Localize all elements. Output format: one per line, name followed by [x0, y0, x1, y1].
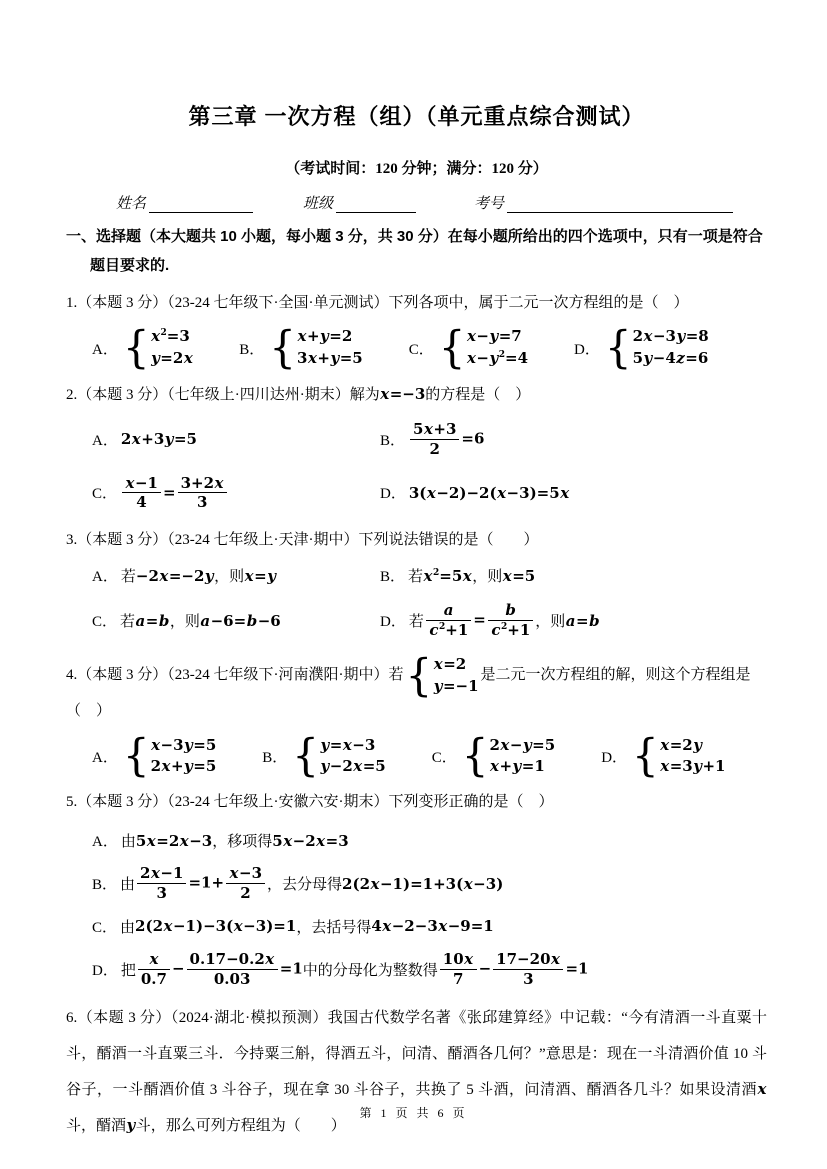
fraction: bc2+1 [488, 601, 533, 640]
question-2: 2.（本题 3 分）（七年级上·四川达州·期末）解为x=−3的方程是（ ）A．2… [66, 380, 767, 512]
system-lines: 2x−y=5x+y=1 [489, 735, 555, 779]
text-run: 1.（本题 3 分）（23-24 七年级下·全国·单元测试）下列各项中，属于二元… [66, 295, 689, 311]
option-label: A． [92, 429, 118, 450]
text-run: 2.（本题 3 分）（七年级上·四川达州·期末）解为 [66, 387, 380, 403]
text-run: ，则 [535, 610, 565, 631]
text-run: 若 [120, 610, 135, 631]
option-C: C．{2x−y=5x+y=1 [432, 735, 557, 779]
option-B: B．若x2=5x，则x=5 [380, 565, 600, 586]
math-expression: 2x−3y=8 [633, 326, 709, 348]
math-expression: 2(2x−1)=1+3(x−3) [342, 875, 503, 893]
question-4: 4.（本题 3 分）（23-24 七年级下·河南濮阳·期中）若{x=2y=−1是… [66, 654, 767, 778]
option-label: D． [380, 610, 406, 631]
brace-icon: { [605, 327, 632, 369]
option-label: D． [380, 482, 406, 503]
math-expression: a=b [135, 612, 170, 630]
fraction: 5x+32 [410, 420, 459, 459]
question-options: A．{x2=3y=2xB．{x+y=23x+y=5C．{x−y=7x−y2=4D… [66, 326, 767, 370]
math-expression: x [757, 1080, 767, 1098]
option-label: B． [262, 746, 287, 767]
equation-system: {x−y=7x−y2=4 [439, 326, 528, 370]
question-1: 1.（本题 3 分）（23-24 七年级下·全国·单元测试）下列各项中，属于二元… [66, 289, 767, 370]
option-label: B． [380, 429, 405, 450]
section-heading-line2: 题目要求的. [66, 252, 767, 281]
option-label: C． [92, 916, 117, 937]
system-lines: x−y=7x−y2=4 [466, 326, 528, 370]
option-label: D． [92, 959, 118, 980]
text-run: 6.（本题 3 分）（2024·湖北·模拟预测）我国古代数学名著《张邱建算经》中… [66, 1010, 767, 1098]
text-run: 若 [408, 565, 423, 586]
text-run: 若 [409, 610, 424, 631]
equation-system: {x=2yx=3y+1 [632, 735, 725, 779]
option-B: B．5x+32=6 [380, 420, 570, 459]
math-expression: x−14=3+2x3 [120, 474, 229, 513]
option-D: D．{x=2yx=3y+1 [601, 735, 727, 779]
math-expression: ac2+1=bc2+1 [424, 601, 535, 640]
brace-icon: { [269, 327, 296, 369]
math-expression: 3x+y=5 [297, 348, 363, 370]
math-expression: x−y2=4 [466, 348, 528, 370]
text-run: 把 [121, 959, 136, 980]
math-expression: x=y [244, 567, 276, 585]
math-expression: 2x−y=5 [489, 735, 555, 757]
equation-system: {x+y=23x+y=5 [269, 326, 362, 370]
math-expression: a−6=b−6 [200, 612, 281, 630]
question-stem: 3.（本题 3 分）（23-24 七年级上·天津·期中）下列说法错误的是（ ） [66, 526, 767, 555]
fraction: 17−20x3 [493, 950, 563, 989]
question-3: 3.（本题 3 分）（23-24 七年级上·天津·期中）下列说法错误的是（ ）A… [66, 526, 767, 640]
text-run: 由 [120, 916, 135, 937]
math-expression: x+y=1 [489, 756, 544, 778]
option-C: C．x−14=3+2x3 [92, 474, 380, 513]
math-expression: 5x−2x=3 [272, 832, 348, 850]
question-5: 5.（本题 3 分）（23-24 七年级上·安徽六安·期末）下列变形正确的是（ … [66, 788, 767, 988]
math-expression: 5y−4z=6 [633, 348, 709, 370]
math-expression: x+y=2 [297, 326, 352, 348]
name-label: 姓名 [116, 192, 146, 213]
option-C: C．{x−y=7x−y2=4 [409, 326, 530, 370]
option-D: D．{2x−3y=85y−4z=6 [574, 326, 711, 370]
system-lines: x=2yx=3y+1 [660, 735, 726, 779]
question-options: A．{x−3y=52x+y=5B．{y=x−3y−2x=5C．{2x−y=5x+… [66, 735, 767, 779]
option-C: C．由2(2x−1)−3(x−3)=1，去括号得4x−2−3x−9=1 [92, 916, 767, 937]
text-run: ，移项得 [212, 830, 272, 851]
option-A: A．由5x=2x−3，移项得5x−2x=3 [92, 830, 767, 851]
option-label: A． [92, 338, 118, 359]
text-run: 4.（本题 3 分）（23-24 七年级下·河南濮阳·期中）若 [66, 667, 404, 683]
text-run: ，去括号得 [296, 916, 371, 937]
question-stem: 2.（本题 3 分）（七年级上·四川达州·期末）解为x=−3的方程是（ ） [66, 380, 767, 410]
math-expression: y=−1 [433, 676, 478, 698]
text-run: ，则 [472, 565, 502, 586]
system-lines: 2x−3y=85y−4z=6 [633, 326, 709, 370]
text-run: ，则 [214, 565, 244, 586]
student-fields: 姓名 班级 考号 [66, 192, 767, 213]
question-6: 6.（本题 3 分）（2024·湖北·模拟预测）我国古代数学名著《张邱建算经》中… [66, 1001, 767, 1144]
exam-info: （考试时间：120 分钟；满分：120 分） [66, 157, 767, 178]
fraction: x−14 [122, 474, 161, 513]
option-B: B．{x+y=23x+y=5 [239, 326, 364, 370]
system-lines: x=2y=−1 [433, 654, 478, 698]
text-run: ，去分母得 [267, 873, 342, 894]
math-expression: 5x=2x−3 [136, 832, 212, 850]
math-expression: x=2 [433, 654, 466, 676]
brace-icon: { [462, 735, 489, 777]
math-expression: x−y=7 [466, 326, 521, 348]
question-options: A．2x+3y=5B．5x+32=6C．x−14=3+2x3D．3(x−2)−2… [66, 420, 767, 512]
math-expression: 4x−2−3x−9=1 [371, 917, 493, 935]
math-expression: x2=3 [151, 326, 190, 348]
math-expression: x=−3 [380, 385, 426, 403]
equation-system: {x−3y=52x+y=5 [123, 735, 216, 779]
text-run: 若 [121, 565, 136, 586]
fraction: x0.7 [138, 950, 170, 989]
option-D: D．若ac2+1=bc2+1，则a=b [380, 601, 600, 640]
option-A: A．2x+3y=5 [92, 429, 380, 450]
equation-system: {x2=3y=2x [123, 326, 193, 370]
option-label: A． [92, 830, 118, 851]
brace-icon: { [292, 735, 319, 777]
math-expression: x=2y [660, 735, 703, 757]
question-stem: 4.（本题 3 分）（23-24 七年级下·河南濮阳·期中）若{x=2y=−1是… [66, 654, 767, 727]
option-label: B． [239, 338, 264, 359]
equation-system: {x=2y=−1 [406, 654, 479, 698]
option-label: A． [92, 746, 118, 767]
text-run: 由 [121, 830, 136, 851]
brace-icon: { [123, 327, 150, 369]
option-label: B． [380, 565, 405, 586]
name-input-line[interactable] [149, 196, 253, 213]
math-expression: x=5 [502, 567, 535, 585]
math-expression: 2x+y=5 [151, 756, 217, 778]
page-title: 第三章 一次方程（组）（单元重点综合测试） [66, 100, 767, 131]
id-input-line[interactable] [507, 196, 733, 213]
math-expression: a=b [565, 612, 600, 630]
option-label: B． [92, 873, 117, 894]
math-expression: y=2x [151, 348, 194, 370]
question-stem: 5.（本题 3 分）（23-24 七年级上·安徽六安·期末）下列变形正确的是（ … [66, 788, 767, 817]
math-expression: 10x7−17−20x3=1 [438, 950, 589, 989]
option-B: B．{y=x−3y−2x=5 [262, 735, 387, 779]
option-A: A．{x2=3y=2x [92, 326, 195, 370]
section-heading-line1: 一、选择题（本大题共 10 小题，每小题 3 分，共 30 分）在每小题所给出的… [66, 228, 763, 245]
option-label: C． [409, 338, 434, 359]
brace-icon: { [439, 327, 466, 369]
math-expression: x=3y+1 [660, 756, 726, 778]
math-expression: x2=5x [423, 567, 472, 585]
option-label: D． [601, 746, 627, 767]
system-lines: x−3y=52x+y=5 [151, 735, 217, 779]
class-input-line[interactable] [336, 196, 416, 213]
math-expression: 5x+32=6 [408, 420, 484, 459]
equation-system: {2x−3y=85y−4z=6 [605, 326, 709, 370]
equation-system: {y=x−3y−2x=5 [292, 735, 385, 779]
question-stem: 6.（本题 3 分）（2024·湖北·模拟预测）我国古代数学名著《张邱建算经》中… [66, 1001, 767, 1144]
brace-icon: { [632, 735, 659, 777]
option-label: C． [92, 610, 117, 631]
fraction: ac2+1 [426, 601, 471, 640]
text-run: ，则 [170, 610, 200, 631]
fraction: 0.17−0.2x0.03 [187, 950, 278, 989]
option-A: A．若−2x=−2y，则x=y [92, 565, 380, 586]
option-C: C．若a=b，则a−6=b−6 [92, 610, 380, 631]
math-expression: 3(x−2)−2(x−3)=5x [409, 484, 570, 502]
equation-system: {2x−y=5x+y=1 [462, 735, 555, 779]
question-options: A．由5x=2x−3，移项得5x−2x=3B．由2x−13=1+x−32，去分母… [66, 830, 767, 988]
math-expression: −2x=−2y [136, 567, 214, 585]
system-lines: x2=3y=2x [151, 326, 194, 370]
question-stem: 1.（本题 3 分）（23-24 七年级下·全国·单元测试）下列各项中，属于二元… [66, 289, 767, 318]
brace-icon: { [123, 735, 150, 777]
text-run: 中的分母化为整数得 [303, 959, 438, 980]
fraction: x−32 [226, 864, 265, 903]
option-label: C． [432, 746, 457, 767]
text-run: 的方程是（ ） [425, 387, 530, 403]
option-A: A．{x−3y=52x+y=5 [92, 735, 218, 779]
option-D: D．3(x−2)−2(x−3)=5x [380, 482, 570, 503]
system-lines: x+y=23x+y=5 [297, 326, 363, 370]
text-run: 由 [120, 873, 135, 894]
fraction: 3+2x3 [178, 474, 227, 513]
math-expression: 2x−13=1+x−32 [135, 864, 267, 903]
math-expression: x0.7−0.17−0.2x0.03=1 [136, 950, 303, 989]
math-expression: 2(2x−1)−3(x−3)=1 [135, 917, 296, 935]
id-label: 考号 [474, 192, 504, 213]
option-B: B．由2x−13=1+x−32，去分母得2(2x−1)=1+3(x−3) [92, 864, 767, 903]
system-lines: y=x−3y−2x=5 [320, 735, 386, 779]
page-footer: 第 1 页 共 6 页 [0, 1104, 827, 1121]
math-expression: 2x+3y=5 [121, 430, 197, 448]
brace-icon: { [406, 655, 433, 697]
option-label: C． [92, 482, 117, 503]
option-label: A． [92, 565, 118, 586]
question-options: A．若−2x=−2y，则x=yB．若x2=5x，则x=5C．若a=b，则a−6=… [66, 565, 767, 640]
fraction: 10x7 [440, 950, 477, 989]
math-expression: x−3y=5 [151, 735, 217, 757]
text-run: 5.（本题 3 分）（23-24 七年级上·安徽六安·期末）下列变形正确的是（ … [66, 794, 554, 810]
text-run: 3.（本题 3 分）（23-24 七年级上·天津·期中）下列说法错误的是（ ） [66, 532, 539, 548]
option-D: D．把x0.7−0.17−0.2x0.03=1中的分母化为整数得10x7−17−… [92, 950, 767, 989]
section-heading: 一、选择题（本大题共 10 小题，每小题 3 分，共 30 分）在每小题所给出的… [66, 223, 767, 280]
math-expression: y−2x=5 [320, 756, 386, 778]
questions-container: 1.（本题 3 分）（23-24 七年级下·全国·单元测试）下列各项中，属于二元… [66, 289, 767, 1144]
option-label: D． [574, 338, 600, 359]
math-expression: y=x−3 [320, 735, 375, 757]
fraction: 2x−13 [137, 864, 186, 903]
class-label: 班级 [303, 192, 333, 213]
document-page: 第三章 一次方程（组）（单元重点综合测试） （考试时间：120 分钟；满分：12… [0, 0, 827, 1169]
